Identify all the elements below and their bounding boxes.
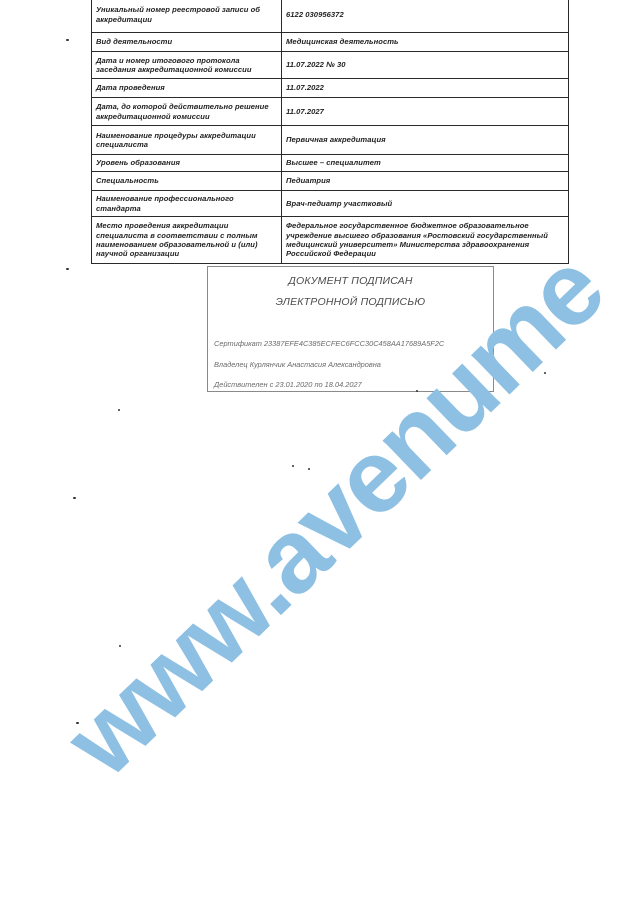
scan-speck xyxy=(416,390,418,392)
scan-speck xyxy=(76,722,79,724)
row-value: 11.07.2022 № 30 xyxy=(282,52,569,79)
row-label: Дата, до которой действительно решение а… xyxy=(92,98,282,126)
table-row: Уровень образования Высшее – специалитет xyxy=(92,155,569,172)
row-value: Первичная аккредитация xyxy=(282,126,569,155)
table-row: Уникальный номер реестровой записи об ак… xyxy=(92,0,569,33)
scan-speck xyxy=(73,497,76,499)
scan-speck xyxy=(292,465,294,467)
row-value: Педиатрия xyxy=(282,172,569,191)
scan-speck xyxy=(66,268,69,270)
row-label: Дата проведения xyxy=(92,79,282,98)
row-value: 11.07.2027 xyxy=(282,98,569,126)
row-label: Вид деятельности xyxy=(92,33,282,52)
row-label: Специальность xyxy=(92,172,282,191)
accreditation-table: Уникальный номер реестровой записи об ак… xyxy=(91,0,569,264)
row-label: Наименование процедуры аккредитации спец… xyxy=(92,126,282,155)
row-label: Уровень образования xyxy=(92,155,282,172)
table-row: Дата, до которой действительно решение а… xyxy=(92,98,569,126)
table-row: Место проведения аккредитации специалист… xyxy=(92,217,569,264)
table-row: Наименование процедуры аккредитации спец… xyxy=(92,126,569,155)
scan-speck xyxy=(118,409,120,411)
stamp-owner: Владелец Курлянчик Анастасия Александров… xyxy=(214,360,381,369)
table-row: Наименование профессионального стандарта… xyxy=(92,191,569,217)
table-row: Вид деятельности Медицинская деятельност… xyxy=(92,33,569,52)
stamp-title-line1: ДОКУМЕНТ ПОДПИСАН xyxy=(208,275,493,287)
row-label: Дата и номер итогового протокола заседан… xyxy=(92,52,282,79)
row-value: Медицинская деятельность xyxy=(282,33,569,52)
scan-speck xyxy=(66,39,69,41)
table-row: Специальность Педиатрия xyxy=(92,172,569,191)
document-page: Уникальный номер реестровой записи об ак… xyxy=(0,0,637,900)
row-label: Уникальный номер реестровой записи об ак… xyxy=(92,0,282,33)
row-value: Федеральное государственное бюджетное об… xyxy=(282,217,569,264)
electronic-signature-stamp: ДОКУМЕНТ ПОДПИСАН ЭЛЕКТРОННОЙ ПОДПИСЬЮ С… xyxy=(207,266,494,392)
stamp-title-line2: ЭЛЕКТРОННОЙ ПОДПИСЬЮ xyxy=(208,296,493,308)
row-value: 11.07.2022 xyxy=(282,79,569,98)
scan-speck xyxy=(308,468,310,470)
row-value: Врач-педиатр участковый xyxy=(282,191,569,217)
scan-speck xyxy=(544,372,546,374)
row-value: 6122 030956372 xyxy=(282,0,569,33)
row-label: Наименование профессионального стандарта xyxy=(92,191,282,217)
row-value: Высшее – специалитет xyxy=(282,155,569,172)
stamp-certificate: Сертификат 23387EFE4C385ECFEC6FCC30C458A… xyxy=(214,339,444,348)
stamp-validity: Действителен с 23.01.2020 по 18.04.2027 xyxy=(214,380,362,389)
table-row: Дата проведения 11.07.2022 xyxy=(92,79,569,98)
row-label: Место проведения аккредитации специалист… xyxy=(92,217,282,264)
scan-speck xyxy=(119,645,121,647)
table-row: Дата и номер итогового протокола заседан… xyxy=(92,52,569,79)
